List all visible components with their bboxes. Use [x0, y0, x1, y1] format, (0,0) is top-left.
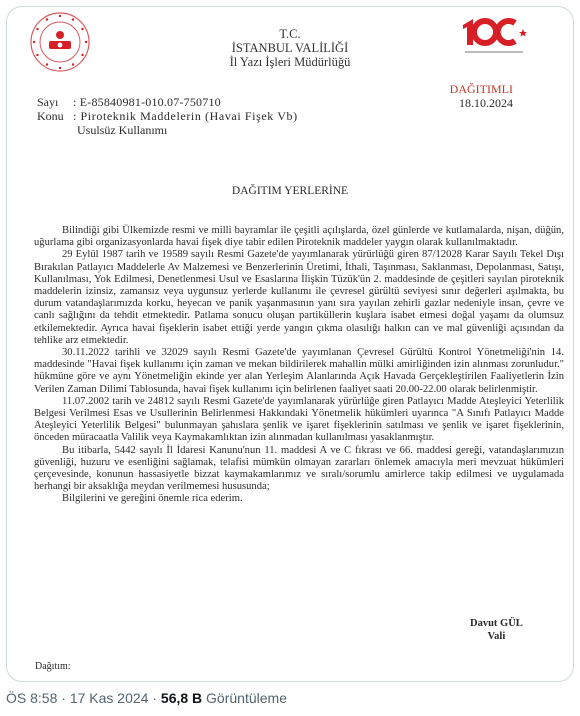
- signer-title: Vali: [470, 630, 523, 643]
- views-label: Görüntüleme: [206, 690, 287, 706]
- paragraph: Bilgilerini ve gereğini önemle rica eder…: [34, 493, 564, 505]
- signature-block: Davut GÜL Vali: [470, 617, 523, 643]
- views-count: 56,8 B: [161, 690, 202, 706]
- document-title: DAĞITIM YERLERİNE: [7, 185, 573, 197]
- reference-block: Sayı : E-85840981-010.07-750710 Konu : P…: [37, 95, 298, 137]
- distribution-mark: DAĞITIMLI: [450, 82, 513, 96]
- sayi-value: : E-85840981-010.07-750710: [73, 95, 221, 109]
- separator: ·: [57, 690, 69, 706]
- post-metadata: ÖS 8:58 · 17 Kas 2024 · 56,8 B Görüntüle…: [6, 690, 287, 706]
- konu-value: : Piroteknik Maddelerin (Havai Fişek Vb): [73, 109, 298, 123]
- document-body: Bilindiği gibi Ülkemizde resmi ve milli …: [34, 225, 564, 506]
- distribution-label: Dağıtım:: [35, 661, 71, 672]
- post-time[interactable]: ÖS 8:58: [6, 690, 57, 706]
- konu-value-line2: Usulsüz Kullanımı: [37, 123, 298, 137]
- paragraph: 30.11.2022 tarihli ve 32029 sayılı Resmi…: [34, 347, 564, 396]
- paragraph: 29 Eylül 1987 tarih ve 19589 sayılı Resm…: [34, 249, 564, 347]
- konu-label: Konu: [37, 109, 73, 123]
- signer-name: Davut GÜL: [470, 617, 523, 630]
- centennial-logo-icon: [459, 15, 533, 59]
- separator: ·: [148, 690, 160, 706]
- paragraph: 11.07.2002 tarih ve 24812 sayılı Resmi G…: [34, 396, 564, 445]
- paragraph: Bilindiği gibi Ülkemizde resmi ve milli …: [34, 225, 564, 249]
- sayi-label: Sayı: [37, 95, 73, 109]
- post-date[interactable]: 17 Kas 2024: [70, 690, 149, 706]
- paragraph: Bu itibarla, 5442 sayılı İl İdaresi Kanu…: [34, 445, 564, 494]
- distribution-block: DAĞITIMLI 18.10.2024: [450, 82, 513, 110]
- attached-document-image[interactable]: T.C. İSTANBUL VALİLİĞİ İl Yazı İşleri Mü…: [6, 6, 574, 682]
- document-date: 18.10.2024: [450, 96, 513, 110]
